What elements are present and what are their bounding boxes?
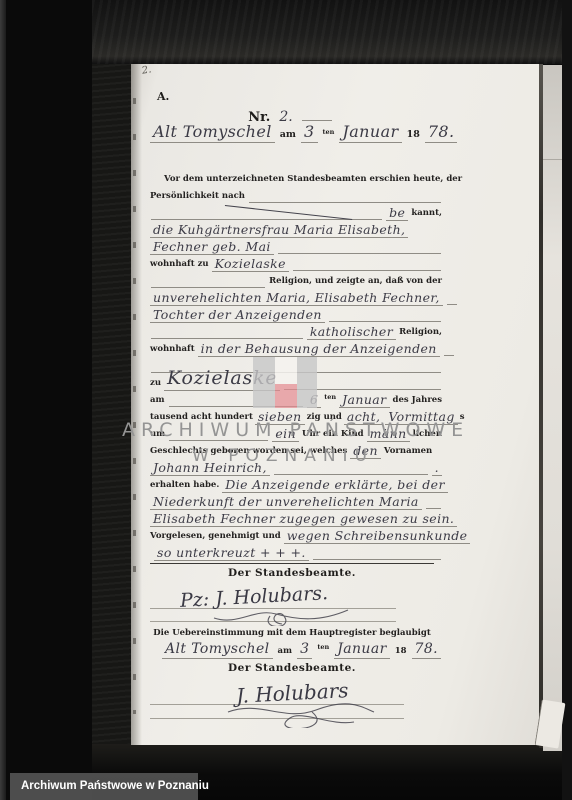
- handwritten-entry: katholischer: [307, 325, 396, 340]
- form-line: Vorgelesen, genehmigt undwegen Schreiben…: [150, 527, 442, 544]
- handwritten-entry: Januar: [334, 642, 389, 659]
- blank-line: [329, 319, 441, 322]
- handwritten-entry: Elisabeth Fechner zugegen gewesen zu sei…: [150, 512, 457, 527]
- printed-form-text: ten: [324, 394, 336, 409]
- registrar-title-2: Der Standesbeamte.: [150, 662, 434, 675]
- certification-date-line: Alt Tomyschelam3tenJanuar1878.: [162, 641, 434, 659]
- blank-line: [151, 285, 265, 288]
- form-footer: Der Standesbeamte. Pz: J. Holubars. Die …: [150, 561, 434, 726]
- handwritten-entry: Fechner geb. Mai: [150, 240, 274, 255]
- handwritten-entry: be: [386, 206, 408, 221]
- printed-form-text: 18: [407, 130, 420, 143]
- form-letter: A.: [157, 91, 169, 102]
- printed-form-text: Persönlichkeit nach: [150, 192, 245, 204]
- book-cover-left: [92, 0, 132, 800]
- printed-form-text: Vornamen: [384, 447, 432, 459]
- archive-caption: Archiwum Państwowe w Poznaniu: [10, 773, 198, 800]
- printed-form-text: ten: [323, 129, 335, 144]
- record-date-line: Alt Tomyschelam3tenJanuar1878.: [150, 123, 460, 143]
- blank-line: [444, 353, 454, 356]
- registrar-title-1: Der Standesbeamte.: [150, 567, 434, 580]
- form-line: erhalten habe.Die Anzeigende erklärte, b…: [150, 476, 442, 493]
- page-edge-line: [543, 159, 562, 160]
- blank-line: [426, 506, 441, 509]
- printed-form-text: wohnhaft zu: [150, 260, 209, 272]
- form-line: Tochter der Anzeigenden: [150, 306, 442, 323]
- handwritten-entry: 78.: [412, 642, 441, 659]
- register-page: 2. A. Nr. 2. Alt Tomyschelam3tenJanuar18…: [131, 64, 539, 745]
- blank-line: [274, 472, 428, 475]
- photo-right-edge: [562, 0, 572, 800]
- form-line: unverehelichten Maria, Elisabeth Fechner…: [150, 289, 442, 306]
- watermark-text-line2: W POZNANIU: [192, 446, 374, 466]
- handwritten-entry: 3: [297, 642, 312, 659]
- form-line: Niederkunft der unverehelichten Maria: [150, 493, 442, 510]
- blank-line: [302, 108, 332, 121]
- handwritten-entry: Niederkunft der unverehelichten Maria: [150, 495, 422, 510]
- logo-white-block: [275, 357, 297, 384]
- printed-form-text: 18: [395, 647, 407, 659]
- watermark-text-line1: ARCHIWUM PAŃSTWOWE: [122, 419, 469, 442]
- certification-note: Die Uebereinstimmung mit dem Hauptregist…: [150, 628, 434, 638]
- form-line: Fechner geb. Mai: [150, 238, 442, 255]
- printed-form-text: Vorgelesen, genehmigt und: [150, 532, 281, 544]
- handwritten-entry: Januar: [339, 393, 389, 408]
- form-line: so unterkreuzt + + +.: [150, 544, 442, 561]
- blank-line: [249, 200, 441, 203]
- registrar-signature-2: J. Holubars: [150, 680, 434, 726]
- printed-form-text: Religion, und zeigte an, daß von der: [269, 277, 442, 289]
- printed-form-text: erhalten habe.: [150, 481, 219, 493]
- printed-form-text: wohnhaft: [150, 345, 195, 357]
- printed-form-text: Vor dem unterzeichneten Standesbeamten e…: [164, 175, 462, 187]
- handwritten-entry: Kozielaske: [212, 257, 289, 272]
- form-line: die Kuhgärtnersfrau Maria Elisabeth,: [150, 221, 442, 238]
- logo-red-block: [275, 384, 297, 408]
- printed-form-text: des Jahres: [393, 396, 442, 408]
- printed-form-text: ten: [317, 644, 329, 659]
- printed-form-text: Religion,: [399, 328, 442, 340]
- handwritten-entry: Die Anzeigende erklärte, bei der: [222, 478, 448, 493]
- form-line: wohnhaft zuKozielaske: [150, 255, 442, 272]
- blank-line: [151, 336, 303, 339]
- logo-bar-right: [297, 357, 317, 408]
- page-number: 2.: [141, 65, 152, 77]
- printed-form-text: am: [150, 396, 165, 408]
- blank-line: [293, 268, 441, 271]
- binding-stitches: [133, 98, 136, 714]
- printed-form-text: kannt,: [411, 209, 442, 221]
- handwritten-entry: so unterkreuzt + + +.: [154, 546, 309, 561]
- printed-form-text: am: [280, 130, 296, 143]
- handwritten-entry: 78.: [425, 124, 458, 143]
- form-line: Vor dem unterzeichneten Standesbeamten e…: [150, 170, 442, 187]
- printed-form-text: zu: [150, 379, 161, 391]
- printed-form-text: am: [278, 647, 293, 659]
- form-line: Religion, und zeigte an, daß von der: [150, 272, 442, 289]
- logo-bar-left: [253, 357, 275, 408]
- handwritten-entry: Januar: [339, 124, 401, 143]
- form-line: wohnhaftin der Behausung der Anzeigenden: [150, 340, 442, 357]
- handwritten-entry: Tochter der Anzeigenden: [150, 308, 325, 323]
- handwritten-entry: 3: [301, 124, 318, 143]
- handwritten-entry: Alt Tomyschel: [162, 642, 273, 659]
- handwritten-entry: unverehelichten Maria, Elisabeth Fechner…: [150, 291, 443, 306]
- form-line: Persönlichkeit nach: [150, 187, 442, 204]
- signature-flourish-icon: [220, 702, 380, 728]
- logo-center: [275, 357, 297, 408]
- handwritten-entry: Alt Tomyschel: [150, 124, 275, 143]
- separator-rule: [150, 563, 434, 564]
- blank-line: [313, 557, 441, 560]
- book-spine-edge: [0, 0, 6, 800]
- form-line: Elisabeth Fechner zugegen gewesen zu sei…: [150, 510, 442, 527]
- blank-line: [447, 302, 457, 305]
- handwritten-entry: wegen Schreibensunkunde: [284, 529, 471, 544]
- archive-logo-watermark: [253, 357, 317, 408]
- archival-scan-photo: 2. A. Nr. 2. Alt Tomyschelam3tenJanuar18…: [0, 0, 572, 800]
- signature-flourish-icon: [208, 604, 358, 626]
- blank-line: [278, 251, 441, 254]
- caption-bar: Archiwum Państwowe w Poznaniu: [10, 773, 198, 800]
- underlying-page-edge: [543, 65, 562, 751]
- form-line: katholischerReligion,: [150, 323, 442, 340]
- handwritten-entry: in der Behausung der Anzeigenden: [198, 342, 440, 357]
- registrar-signature-1: Pz: J. Holubars.: [150, 588, 434, 624]
- book-cover-top: [92, 0, 572, 64]
- handwritten-entry: .: [432, 461, 442, 476]
- handwritten-entry: die Kuhgärtnersfrau Maria Elisabeth,: [150, 223, 408, 238]
